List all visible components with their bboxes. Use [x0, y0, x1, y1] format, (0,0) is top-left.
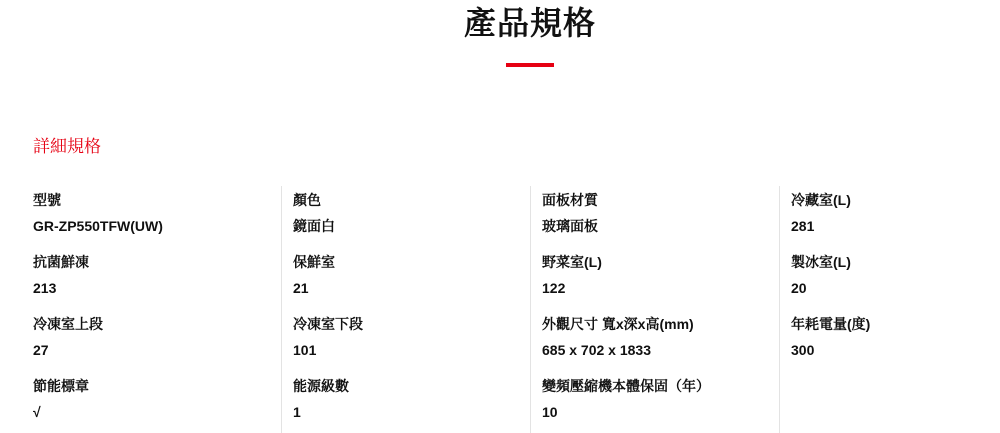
title-underline: [506, 63, 554, 67]
spec-cell: 顏色鏡面白: [281, 186, 530, 248]
spec-cell: 型號GR-ZP550TFW(UW): [33, 186, 281, 248]
page-title: 產品規格: [60, 5, 1000, 41]
spec-value: √: [33, 405, 281, 419]
spec-value: 20: [791, 281, 1000, 295]
spec-cell: 冷藏室(L)281: [779, 186, 1000, 248]
spec-cell: 冷凍室下段101: [281, 310, 530, 372]
spec-label: 顏色: [293, 193, 530, 207]
spec-cell: [779, 372, 1000, 433]
spec-label: 外觀尺寸 寬x深x高(mm): [542, 317, 779, 331]
spec-label: 冷藏室(L): [791, 193, 1000, 207]
spec-label: 抗菌鮮凍: [33, 255, 281, 269]
spec-cell: 保鮮室21: [281, 248, 530, 310]
spec-cell: 冷凍室上段27: [33, 310, 281, 372]
spec-value: 685 x 702 x 1833: [542, 343, 779, 357]
spec-value: 101: [293, 343, 530, 357]
spec-cell: 年耗電量(度)300: [779, 310, 1000, 372]
spec-label: 能源級數: [293, 379, 530, 393]
spec-value: 213: [33, 281, 281, 295]
spec-label: 變頻壓縮機本體保固（年）: [542, 379, 779, 393]
spec-cell: 能源級數1: [281, 372, 530, 433]
spec-cell: 外觀尺寸 寬x深x高(mm)685 x 702 x 1833: [530, 310, 779, 372]
spec-label: 面板材質: [542, 193, 779, 207]
spec-cell: 野菜室(L)122: [530, 248, 779, 310]
spec-value: 鏡面白: [293, 219, 530, 233]
spec-cell: 變頻壓縮機本體保固（年）10: [530, 372, 779, 433]
spec-value: 281: [791, 219, 1000, 233]
spec-cell: 節能標章√: [33, 372, 281, 433]
spec-cell: 面板材質玻璃面板: [530, 186, 779, 248]
spec-label: 製冰室(L): [791, 255, 1000, 269]
spec-label: 冷凍室下段: [293, 317, 530, 331]
spec-label: 節能標章: [33, 379, 281, 393]
spec-value: GR-ZP550TFW(UW): [33, 219, 281, 233]
spec-label: 冷凍室上段: [33, 317, 281, 331]
spec-value: 玻璃面板: [542, 219, 779, 233]
spec-value: 122: [542, 281, 779, 295]
spec-label: 型號: [33, 193, 281, 207]
spec-cell: 製冰室(L)20: [779, 248, 1000, 310]
spec-table: 型號GR-ZP550TFW(UW)顏色鏡面白面板材質玻璃面板冷藏室(L)281抗…: [33, 186, 1000, 433]
section-heading: 詳細規格: [33, 137, 101, 157]
spec-value: 27: [33, 343, 281, 357]
spec-value: 21: [293, 281, 530, 295]
spec-value: 10: [542, 405, 779, 419]
spec-value: 300: [791, 343, 1000, 357]
spec-label: 保鮮室: [293, 255, 530, 269]
spec-label: 年耗電量(度): [791, 317, 1000, 331]
spec-cell: 抗菌鮮凍213: [33, 248, 281, 310]
spec-label: 野菜室(L): [542, 255, 779, 269]
spec-value: 1: [293, 405, 530, 419]
page-header: 產品規格: [60, 0, 1000, 67]
